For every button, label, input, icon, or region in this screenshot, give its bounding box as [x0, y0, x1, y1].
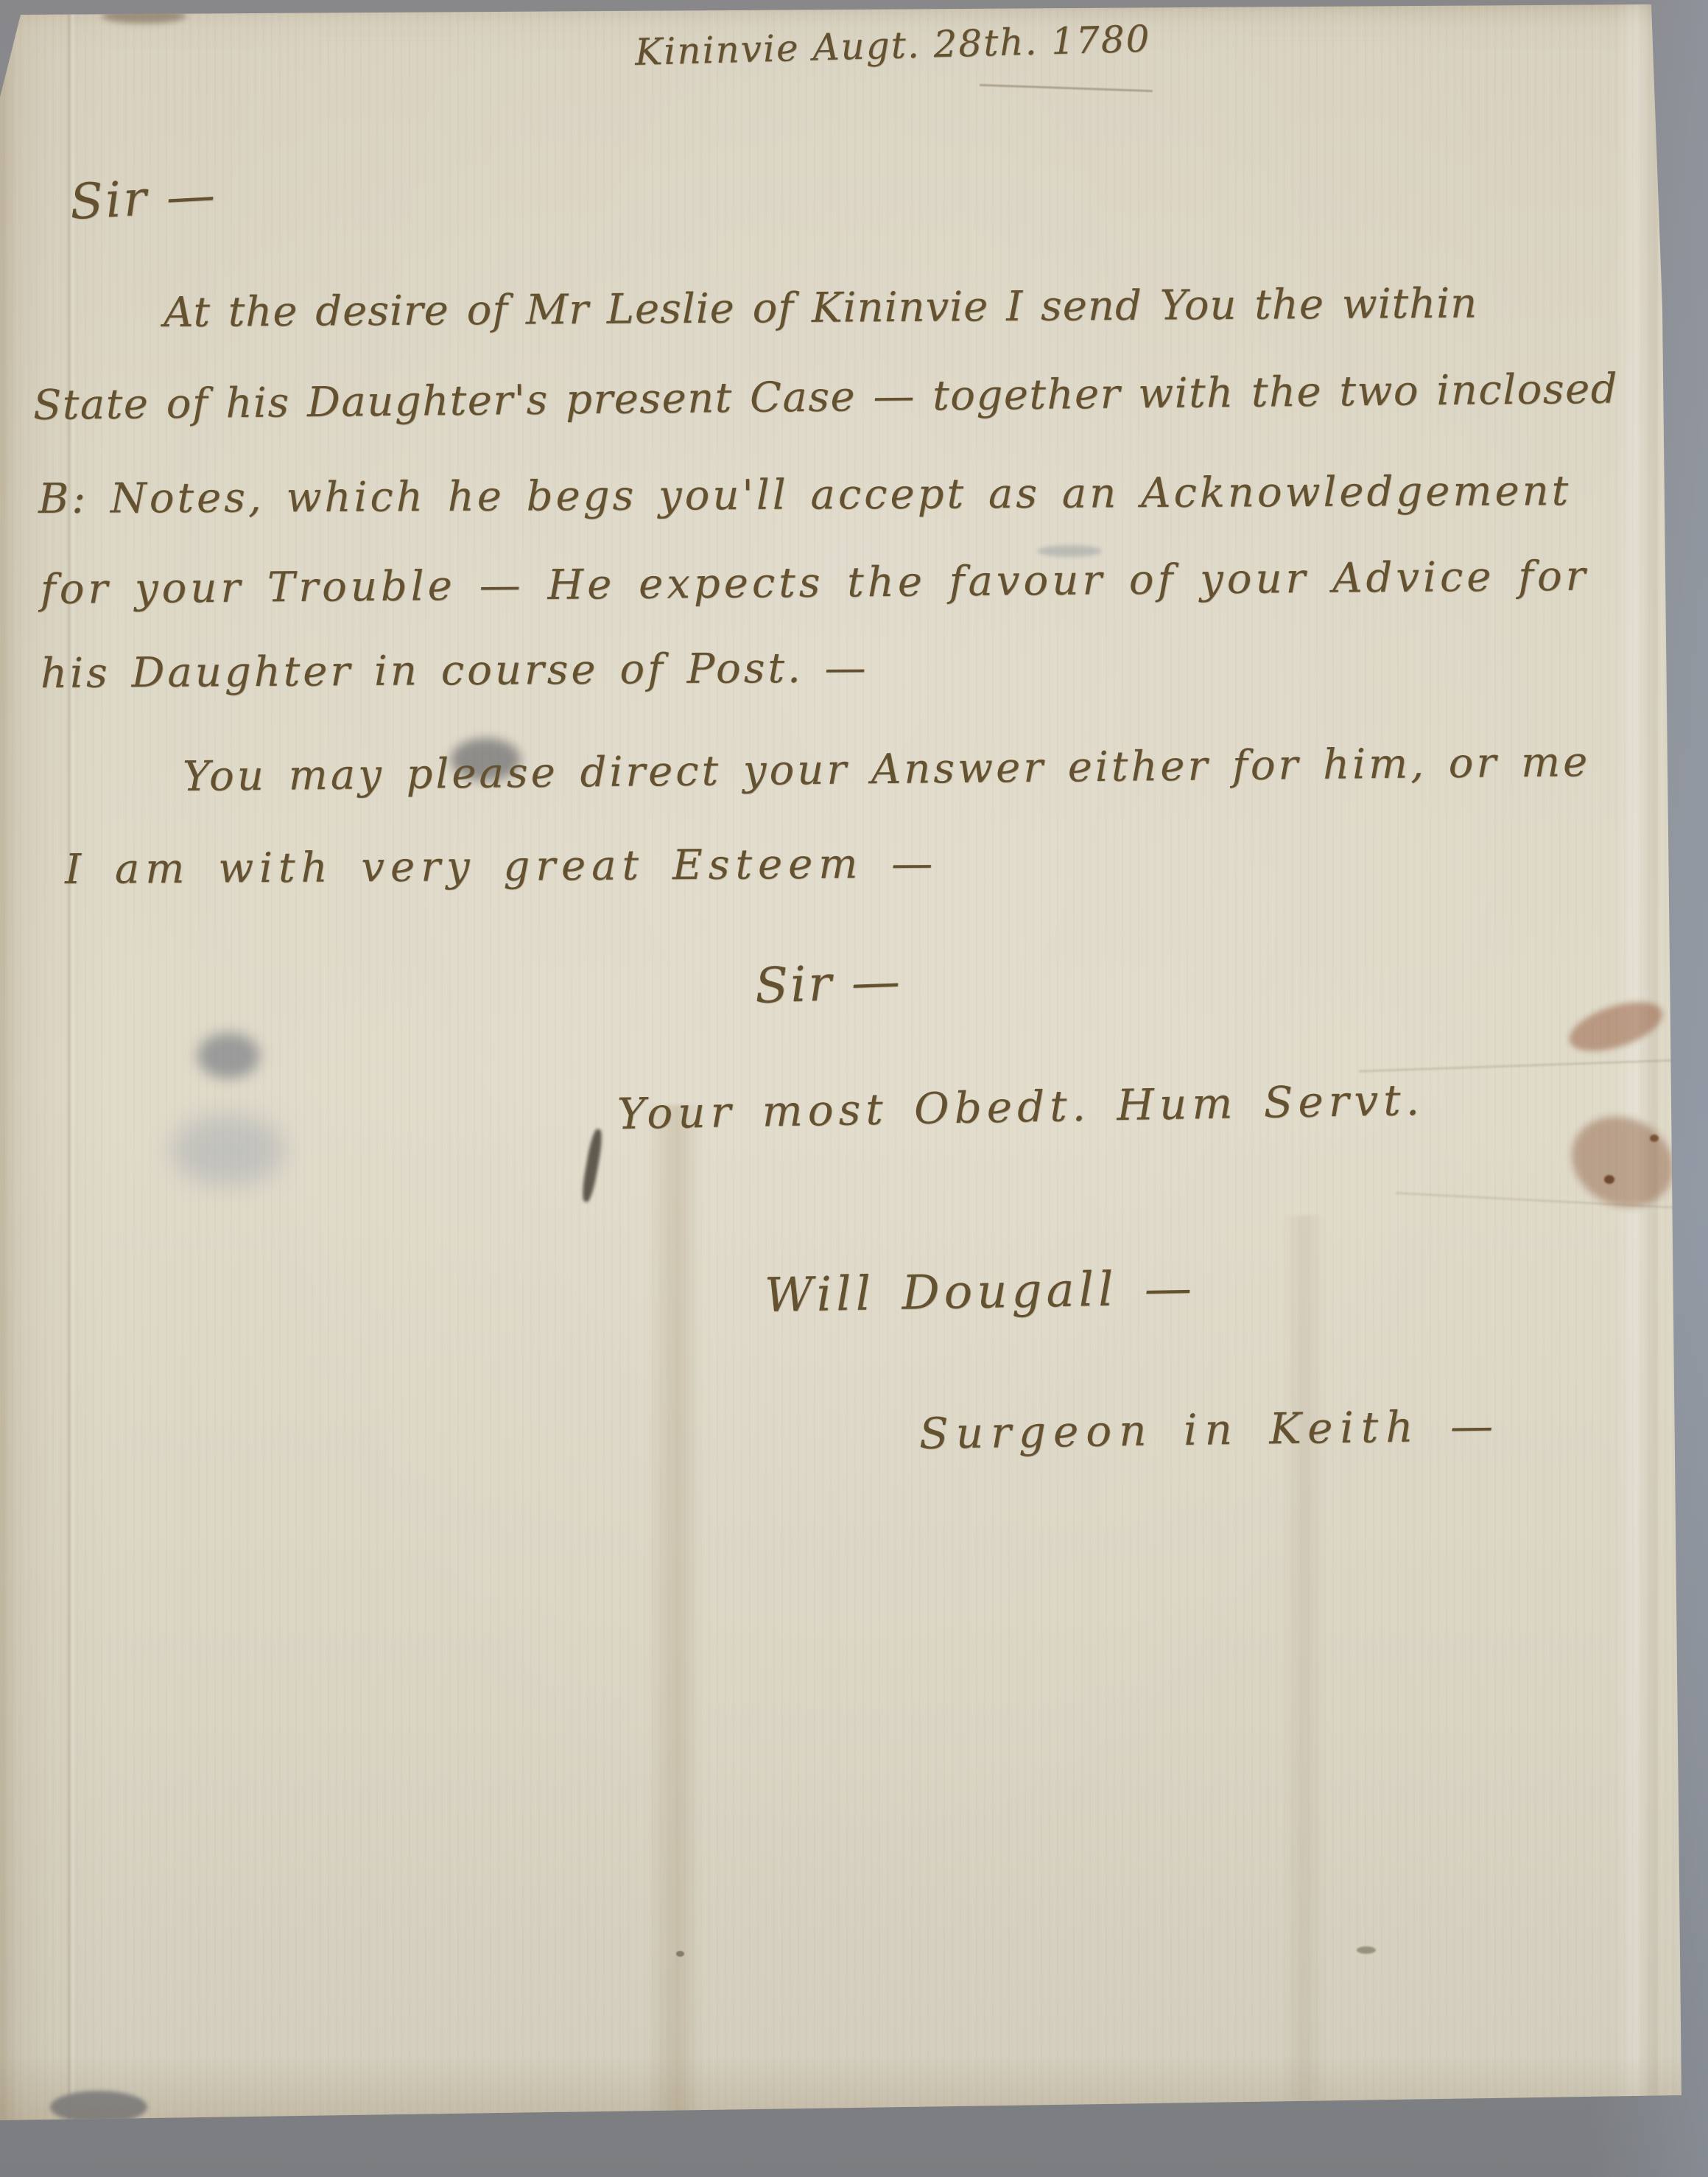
rust-speck-2 [1650, 1135, 1659, 1142]
scan-background: Kininvie Augt. 28th. 1780 Sir — At the d… [0, 0, 1708, 2177]
paper-speck-1 [676, 1951, 684, 1957]
body-line: B: Notes, which he begs you'll accept as… [38, 467, 1572, 523]
body-line: I am with very great Esteem — [65, 840, 939, 894]
closing-salute: Sir — [754, 953, 903, 1014]
fold-streak-center [647, 1105, 701, 2122]
fold-crease-right-band [1614, 0, 1657, 2136]
bottom-edge-browning [0, 2055, 1708, 2122]
fold-streak-right [1283, 1216, 1326, 2122]
rust-speck-1 [1604, 1175, 1614, 1184]
salutation: Sir — [68, 166, 219, 231]
blue-smudge-faint [1037, 545, 1102, 557]
signature: Will Dougall — [764, 1261, 1196, 1323]
fold-crease-left [66, 0, 75, 2177]
ink-smudge-left-light [171, 1114, 285, 1186]
ink-smudge-left-dark [197, 1033, 260, 1079]
signature-title: Surgeon in Keith — [919, 1400, 1501, 1459]
letter-page: Kininvie Augt. 28th. 1780 Sir — At the d… [0, 0, 1708, 2177]
body-line: At the desire of Mr Leslie of Kininvie I… [164, 280, 1478, 337]
body-line: his Daughter in course of Post. — [41, 644, 869, 698]
edge-stain-top [102, 9, 186, 24]
paper-speck-2 [1357, 1946, 1376, 1954]
